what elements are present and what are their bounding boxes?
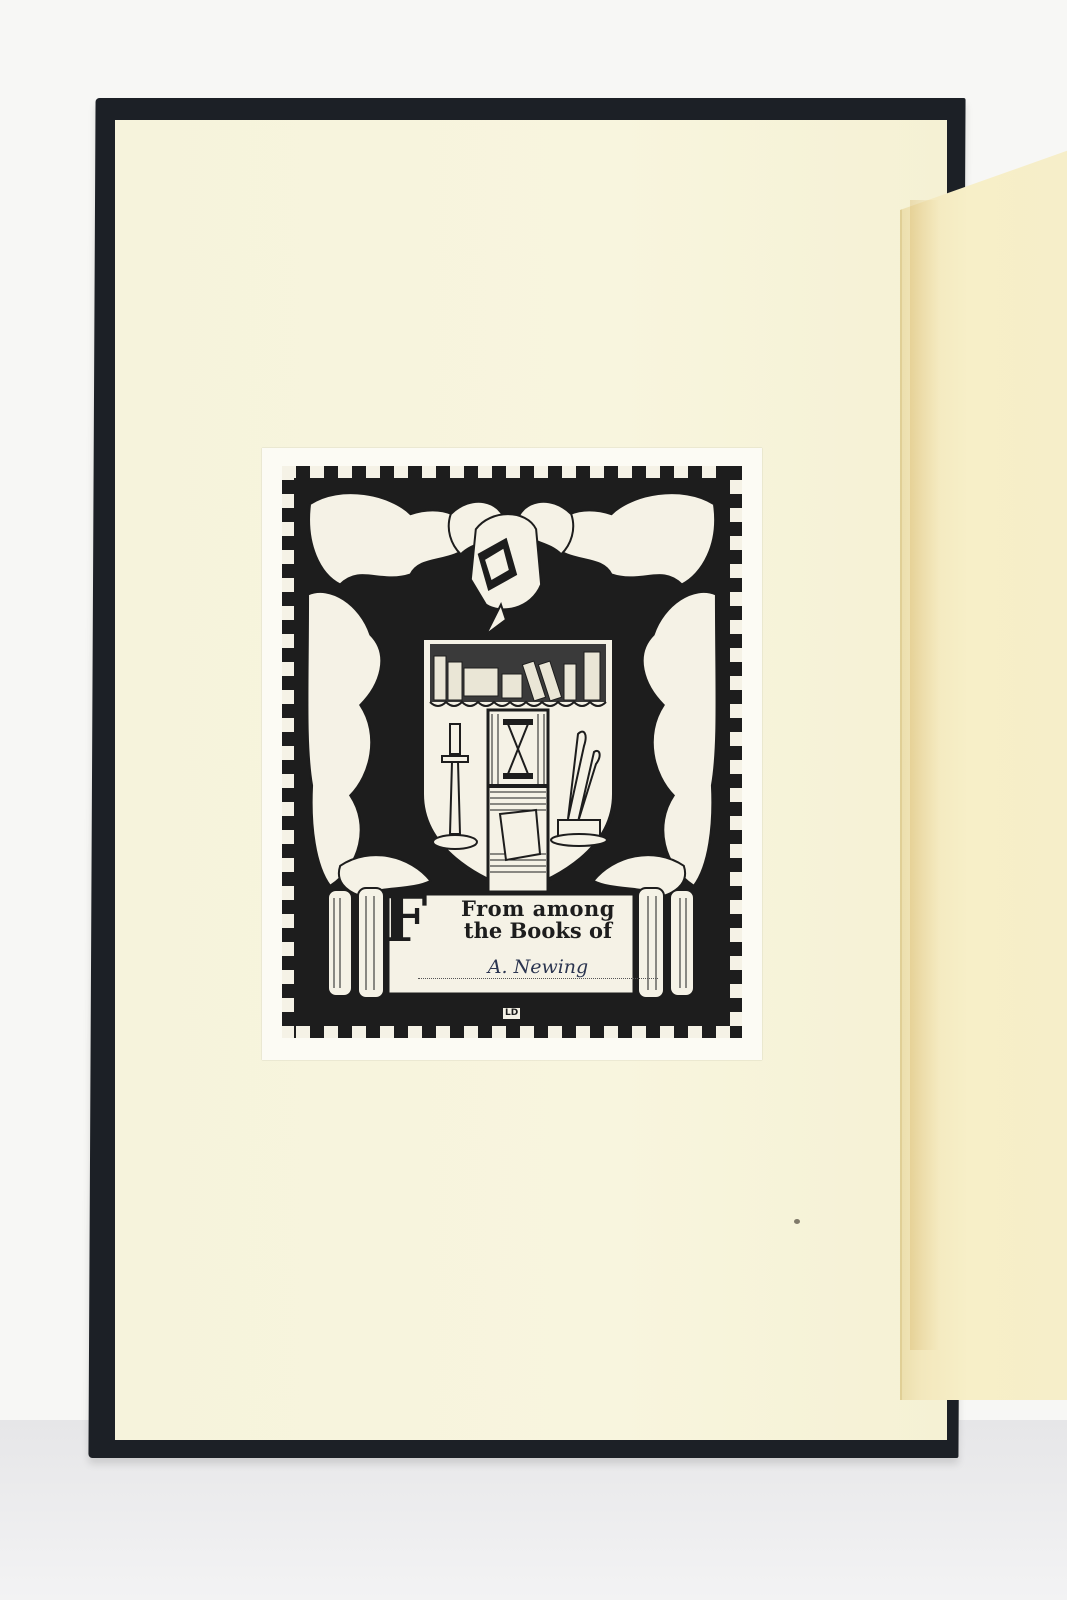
- checker-border-left: [282, 466, 294, 1038]
- foxing-stain: [910, 200, 940, 1350]
- checker-border-top: [282, 466, 742, 478]
- legend-line-2: the Books of: [408, 920, 668, 942]
- shield-icon: [418, 634, 618, 896]
- checker-border-right: [730, 466, 742, 1038]
- legend-line-1: From among: [408, 898, 668, 920]
- scroll-icon: [500, 810, 540, 860]
- bookplate-frame: F From among the Books of A. Newing LD: [282, 466, 742, 1038]
- knight-helm: [471, 514, 541, 635]
- paper-spot: [794, 1219, 800, 1224]
- ribbon-banner: F From among the Books of A. Newing: [318, 884, 704, 1002]
- owner-signature: A. Newing: [418, 956, 658, 979]
- bookplate-illustration: F From among the Books of A. Newing LD: [300, 484, 724, 1020]
- bookplate: F From among the Books of A. Newing LD: [262, 448, 762, 1060]
- bookplate-legend: From among the Books of: [408, 898, 668, 942]
- checker-border-bottom: [282, 1026, 742, 1038]
- artist-monogram: LD: [503, 1008, 520, 1019]
